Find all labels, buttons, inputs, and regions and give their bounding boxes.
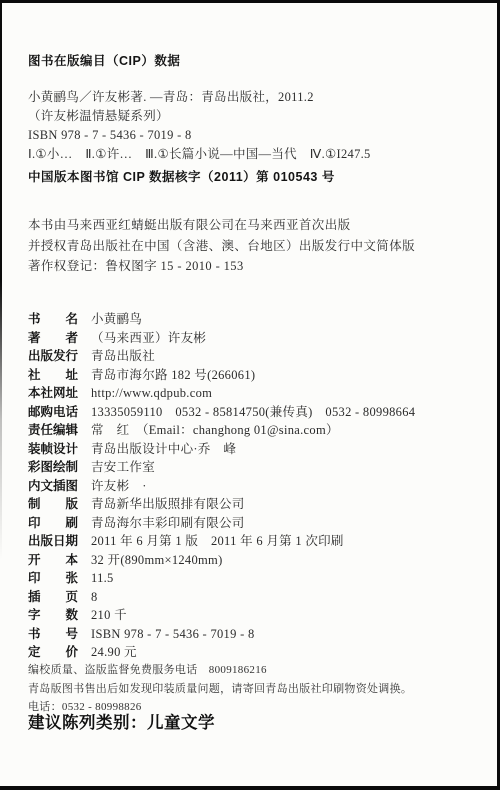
service-note-line: 青岛版图书售出后如发现印装质量问题，请寄回青岛出版社印刷物资处调换。: [28, 680, 470, 699]
row-label: 字数: [28, 605, 78, 623]
row-value: 11.5: [91, 571, 114, 586]
rights-statement-line: 著作权登记：鲁权图字 15 - 2010 - 153: [28, 256, 470, 277]
row-label: 书号: [28, 624, 78, 642]
row-value: 8: [91, 590, 98, 605]
table-row: 出版日期 2011 年 6 月第 1 版 2011 年 6 月第 1 次印刷: [28, 531, 470, 550]
row-value: 青岛出版设计中心·乔 峰: [91, 439, 236, 457]
row-value: ISBN 978 - 7 - 5436 - 7019 - 8: [91, 627, 255, 642]
table-row: 定价 24.90 元: [28, 642, 470, 661]
cip-header: 图书在版编目（CIP）数据: [28, 51, 470, 69]
row-label: 出版日期: [28, 531, 78, 549]
cip-description-block: 小黄鹂鸟／许友彬著. —青岛：青岛出版社，2011.2 （许友彬温情悬疑系列） …: [28, 88, 470, 164]
row-label: 书名: [28, 309, 78, 327]
table-row: 印张 11.5: [28, 568, 470, 587]
row-label: 彩图绘制: [28, 457, 78, 475]
row-label: 开本: [28, 550, 78, 568]
row-label: 装帧设计: [28, 439, 78, 457]
row-value: 24.90 元: [91, 642, 137, 660]
table-row: 书号 ISBN 978 - 7 - 5436 - 7019 - 8: [28, 624, 470, 643]
cip-description-line: 小黄鹂鸟／许友彬著. —青岛：青岛出版社，2011.2: [28, 88, 470, 107]
rights-statement-line: 本书由马来西亚红蜻蜓出版有限公司在马来西亚首次出版: [28, 215, 470, 236]
table-row: 本社网址 http://www.qdpub.com: [28, 383, 470, 402]
row-label: 责任编辑: [28, 420, 78, 438]
cip-description-line: ISBN 978 - 7 - 5436 - 7019 - 8: [28, 126, 470, 145]
scan-edge-bottom: [0, 786, 500, 790]
table-row: 书名 小黄鹂鸟: [28, 309, 470, 328]
row-value: 常 红 （Email：changhong 01@sina.com）: [91, 420, 339, 438]
row-label: 本社网址: [28, 383, 78, 401]
row-value: （马来西亚）许友彬: [91, 328, 206, 346]
table-row: 出版发行 青岛出版社: [28, 346, 470, 365]
row-value: 小黄鹂鸟: [91, 309, 142, 327]
scan-edge-top: [0, 0, 500, 3]
service-note-line: 编校质量、盗版监督免费服务电话 8009186216: [28, 661, 470, 680]
cip-description-line: （许友彬温情悬疑系列）: [28, 107, 470, 126]
row-value: 许友彬 ·: [91, 476, 147, 494]
table-row: 内文插图 许友彬 ·: [28, 476, 470, 495]
row-value: 吉安工作室: [91, 457, 155, 475]
table-row: 字数 210 千: [28, 605, 470, 624]
row-label: 印张: [28, 568, 78, 586]
table-row: 著者 （马来西亚）许友彬: [28, 328, 470, 347]
table-row: 制版 青岛新华出版照排有限公司: [28, 494, 470, 513]
row-value: 32 开(890mm×1240mm): [91, 550, 223, 568]
publication-info-table: 书名 小黄鹂鸟 著者 （马来西亚）许友彬 出版发行 青岛出版社 社址 青岛市海尔…: [28, 309, 470, 661]
row-label: 定价: [28, 642, 78, 660]
table-row: 彩图绘制 吉安工作室: [28, 457, 470, 476]
row-value: http://www.qdpub.com: [91, 386, 212, 401]
table-row: 社址 青岛市海尔路 182 号(266061): [28, 365, 470, 384]
table-row: 责任编辑 常 红 （Email：changhong 01@sina.com）: [28, 420, 470, 439]
row-label: 制版: [28, 494, 78, 512]
row-value: 210 千: [91, 605, 127, 623]
table-row: 印刷 青岛海尔丰彩印刷有限公司: [28, 513, 470, 532]
shelf-category-line: 建议陈列类别：儿童文学: [28, 709, 470, 733]
book-copyright-page: 图书在版编目（CIP）数据 小黄鹂鸟／许友彬著. —青岛：青岛出版社，2011.…: [0, 0, 500, 790]
table-row: 装帧设计 青岛出版设计中心·乔 峰: [28, 439, 470, 458]
row-label: 插页: [28, 587, 78, 605]
row-label: 社址: [28, 365, 78, 383]
row-value: 青岛海尔丰彩印刷有限公司: [91, 513, 245, 531]
rights-statement-block: 本书由马来西亚红蜻蜓出版有限公司在马来西亚首次出版 并授权青岛出版社在中国（含港…: [28, 215, 470, 277]
row-label: 出版发行: [28, 346, 78, 364]
row-label: 著者: [28, 328, 78, 346]
table-row: 开本 32 开(890mm×1240mm): [28, 550, 470, 569]
table-row: 邮购电话 13335059110 0532 - 85814750(兼传真) 05…: [28, 402, 470, 421]
row-label: 邮购电话: [28, 402, 78, 420]
cip-description-line: Ⅰ.①小… Ⅱ.①许… Ⅲ.①长篇小说—中国—当代 Ⅳ.①I247.5: [28, 145, 470, 164]
row-value: 2011 年 6 月第 1 版 2011 年 6 月第 1 次印刷: [91, 531, 344, 549]
row-label: 内文插图: [28, 476, 78, 494]
row-value: 青岛出版社: [91, 346, 155, 364]
cip-record-number: 中国版本图书馆 CIP 数据核字（2011）第 010543 号: [28, 167, 470, 185]
table-row: 插页 8: [28, 587, 470, 606]
scan-edge-left: [0, 0, 2, 560]
row-value: 青岛新华出版照排有限公司: [91, 494, 245, 512]
rights-statement-line: 并授权青岛出版社在中国（含港、澳、台地区）出版发行中文简体版: [28, 236, 470, 257]
row-value: 13335059110 0532 - 85814750(兼传真) 0532 - …: [91, 402, 415, 420]
row-label: 印刷: [28, 513, 78, 531]
row-value: 青岛市海尔路 182 号(266061): [91, 365, 255, 383]
